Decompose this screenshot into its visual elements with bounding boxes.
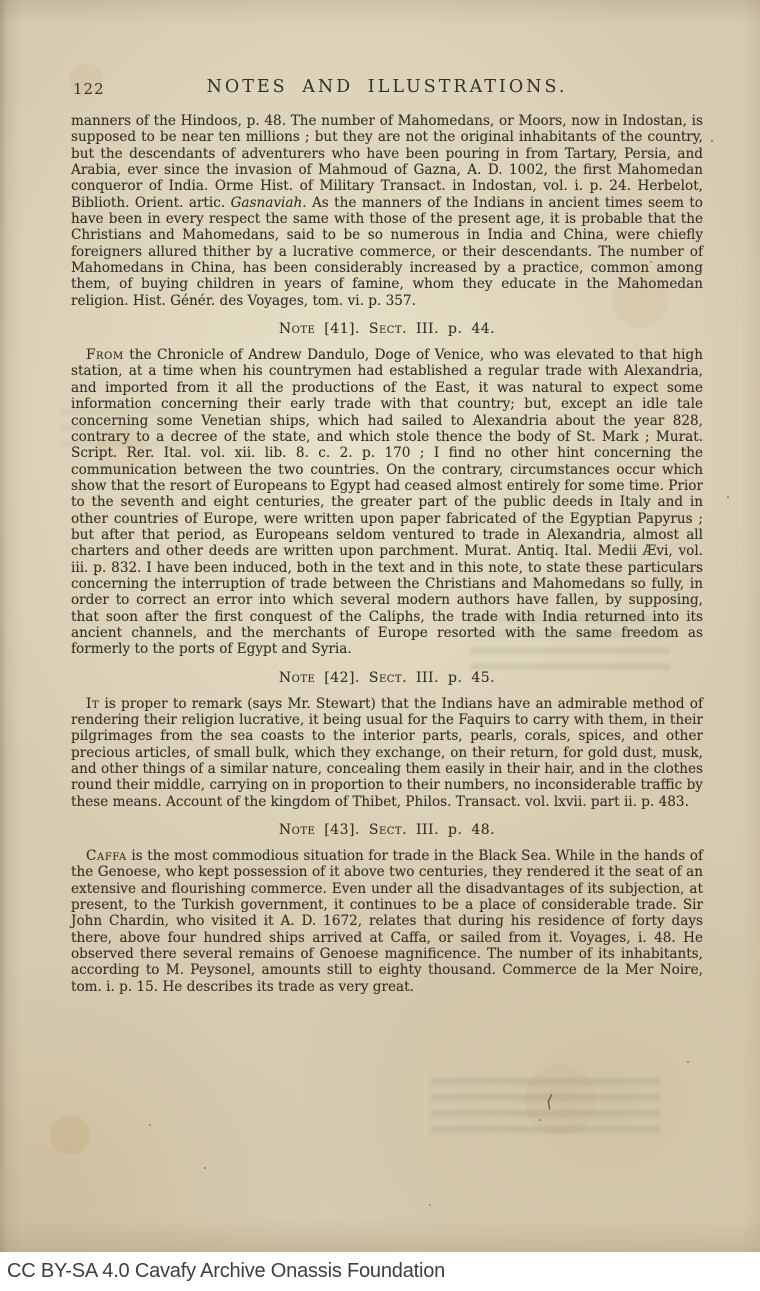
page-number: 122	[73, 80, 105, 98]
paragraph-text: is proper to remark (says Mr. Stewart) t…	[71, 696, 703, 810]
note-heading-rest: III. p. 45.	[407, 670, 495, 686]
page-header: 122 NOTES AND ILLUSTRATIONS.	[71, 77, 703, 99]
note-heading-smallcaps: Note [42]. Sect.	[279, 670, 407, 686]
license-bar: CC BY-SA 4.0 Cavafy Archive Onassis Foun…	[0, 1252, 760, 1291]
paragraph-text: the Chronicle of Andrew Dandulo, Doge of…	[71, 347, 703, 657]
note-heading-41: Note [41]. Sect. III. p. 44.	[71, 321, 703, 337]
note-43-paragraph: Caffa is the most commodious situation f…	[71, 848, 703, 995]
running-title: NOTES AND ILLUSTRATIONS.	[71, 77, 703, 97]
scanned-book-page: 122 NOTES AND ILLUSTRATIONS. manners of …	[0, 0, 760, 1252]
pencil-margin-mark: ⟨	[545, 1092, 554, 1113]
paragraph-continuation: manners of the Hindoos, p. 48. The numbe…	[71, 113, 703, 309]
text-block: 122 NOTES AND ILLUSTRATIONS. manners of …	[71, 0, 703, 995]
lead-word: From	[86, 347, 124, 363]
note-41-paragraph: From the Chronicle of Andrew Dandulo, Do…	[71, 347, 703, 658]
lead-word: It	[86, 696, 99, 712]
note-heading-smallcaps: Note [41]. Sect.	[279, 321, 407, 337]
paragraph-text: is the most commodious situation for tra…	[71, 848, 703, 995]
note-heading-rest: III. p. 44.	[407, 321, 495, 337]
note-42-paragraph: It is proper to remark (says Mr. Stewart…	[71, 696, 703, 810]
italic-citation: Gasnaviah.	[231, 195, 307, 211]
note-heading-42: Note [42]. Sect. III. p. 45.	[71, 670, 703, 686]
license-text: CC BY-SA 4.0 Cavafy Archive Onassis Foun…	[0, 1260, 445, 1283]
note-heading-smallcaps: Note [43]. Sect.	[279, 822, 407, 838]
paragraph-text: As the manners of the Indians in ancient…	[71, 195, 703, 309]
note-heading-rest: III. p. 48.	[407, 822, 495, 838]
note-heading-43: Note [43]. Sect. III. p. 48.	[71, 822, 703, 838]
lead-word: Caffa	[86, 848, 127, 864]
